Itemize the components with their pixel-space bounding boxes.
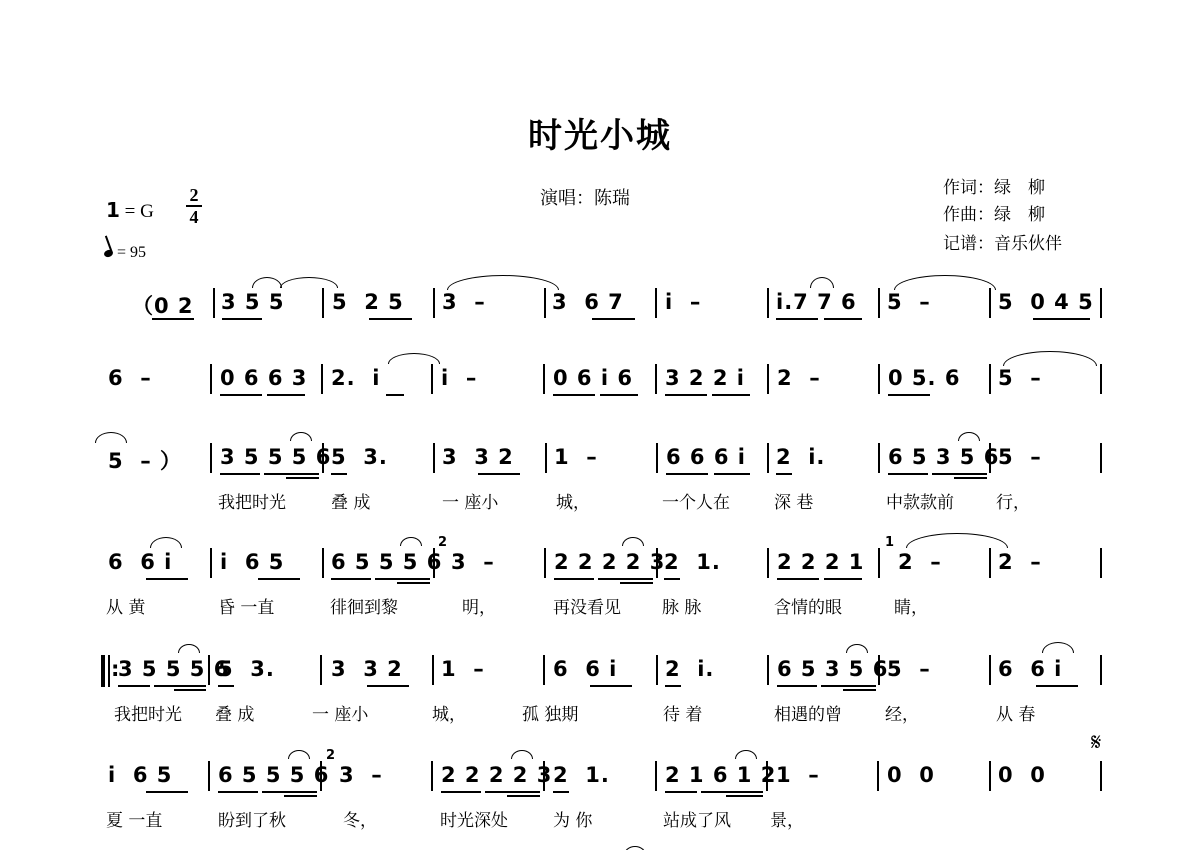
measure: 0 0 <box>998 763 1046 787</box>
measure: 5 2 5 <box>332 290 404 314</box>
time-signature-top: 2 <box>186 185 202 205</box>
measure: 2. i <box>331 366 380 390</box>
lyric: 睛， <box>894 593 928 618</box>
measure: 6 5 5 5 6 <box>331 550 442 574</box>
measure: 3 6 7 <box>552 290 624 314</box>
measure: i – <box>665 290 701 314</box>
volta-mark: 2 <box>326 748 335 763</box>
measure: 3 – <box>339 763 383 787</box>
measure: 2 1. <box>664 550 721 574</box>
measure: i 6 5 <box>220 550 284 574</box>
key-value: = G <box>125 201 154 222</box>
lyric: 夏 一直 <box>106 806 162 831</box>
transcriber-credit: 记谱：音乐伙伴 <box>943 229 1062 254</box>
measure: 5 3. <box>218 657 275 681</box>
time-signature-bottom: 4 <box>186 207 202 227</box>
lyric: 行， <box>996 488 1030 513</box>
repeat-start-barline <box>101 655 105 687</box>
measure: 3 5 5 <box>221 290 284 314</box>
lyricist-credit: 作词：绿 柳 <box>943 173 1045 198</box>
measure: 3 5 5 5 6 <box>220 445 331 469</box>
lyric: 景， <box>770 806 804 831</box>
measure: 6 6 i <box>553 657 617 681</box>
lyric: 时光深处 <box>440 806 508 831</box>
measure: 1 – <box>554 445 598 469</box>
measure: i 6 5 <box>108 763 172 787</box>
measure: 0 6 6 3 <box>220 366 307 390</box>
measure: 5 – <box>998 445 1042 469</box>
measure: 1 – <box>441 657 485 681</box>
measure: 5 3. <box>331 445 388 469</box>
measure: 0 0 <box>887 763 935 787</box>
key-signature: 1 = G <box>106 198 154 223</box>
measure: 5 – <box>887 657 931 681</box>
measure: 6 5 5 5 6 <box>218 763 329 787</box>
lyric: 我把时光 <box>114 700 182 725</box>
measure: 2 2 2 2 3 <box>554 550 665 574</box>
lyric: 徘徊到黎 <box>330 593 398 618</box>
measure: 5 – <box>998 366 1042 390</box>
measure: 2 i. <box>665 657 714 681</box>
measure: 2 – <box>998 550 1042 574</box>
lyric: 一个人在 <box>662 488 730 513</box>
key-degree: 1 <box>106 198 120 222</box>
measure: 2 2 2 1 <box>777 550 864 574</box>
lyric: 脉 脉 <box>662 593 701 618</box>
measure: 0 5. 6 <box>888 366 960 390</box>
measure: 2 i. <box>776 445 825 469</box>
measure: i – <box>441 366 477 390</box>
lyric: 一 座小 <box>442 488 498 513</box>
lyric: 冬， <box>343 806 377 831</box>
song-title: 时光小城 <box>0 108 1200 157</box>
lyric: 叠 成 <box>215 700 254 725</box>
measure: 3 3 2 <box>331 657 403 681</box>
tempo-value: = 95 <box>117 244 146 261</box>
lyric: 含情的眼 <box>774 593 842 618</box>
lyric: 叠 成 <box>331 488 370 513</box>
measure: 2 1. <box>553 763 610 787</box>
lyric: 城， <box>432 700 466 725</box>
lyric: 一 座小 <box>312 700 368 725</box>
measure: 6 – <box>108 366 152 390</box>
singer-credit: 演唱：陈瑞 <box>540 184 630 210</box>
lyric: 站成了风 <box>663 806 731 831</box>
measure: 6 6 i <box>998 657 1062 681</box>
lyric: 待 着 <box>663 700 702 725</box>
measure: 5 0 4 5 <box>998 290 1094 314</box>
lyric: 我把时光 <box>218 488 286 513</box>
measure: 3 – <box>451 550 495 574</box>
lyric: 相遇的曾 <box>774 700 842 725</box>
measure: i.7 7 6 <box>776 290 857 314</box>
segno-icon: 𝄋 <box>1091 728 1101 756</box>
tempo-marking: = 95 <box>104 244 146 262</box>
lyric: 为 你 <box>553 806 592 831</box>
measure: 2 – <box>898 550 942 574</box>
measure: 3 3 2 <box>442 445 514 469</box>
measure: 2 1 6 1 2 <box>665 763 776 787</box>
measure: 1 – <box>776 763 820 787</box>
measure: 6 5 3 5 6 <box>777 657 888 681</box>
measure: 6 5 3 5 6 <box>888 445 999 469</box>
volta-mark: 1 <box>885 535 894 550</box>
measure: 3 5 5 5 6 <box>118 657 229 681</box>
lyric: 明， <box>462 593 496 618</box>
measure: 6 6 6 i <box>666 445 746 469</box>
lyric: 经， <box>885 700 919 725</box>
lyric: 盼到了秋 <box>218 806 286 831</box>
lyric: 孤 独期 <box>522 700 578 725</box>
volta-mark: 2 <box>438 535 447 550</box>
time-signature: 2 4 <box>186 185 202 227</box>
quarter-note-icon <box>103 249 114 259</box>
measure: 3 2 2 i <box>665 366 745 390</box>
lyric: 昏 一直 <box>218 593 274 618</box>
measure: 2 2 2 2 3 <box>441 763 552 787</box>
measure: 5 – <box>887 290 931 314</box>
composer-credit: 作曲：绿 柳 <box>943 200 1045 225</box>
measure: （0 2 <box>132 290 194 320</box>
lyric: 城， <box>556 488 590 513</box>
measure: 0 6 i 6 <box>553 366 633 390</box>
lyric: 深 巷 <box>774 488 813 513</box>
lyric: 再没看见 <box>553 593 621 618</box>
slur-mark <box>624 846 646 850</box>
measure: 3 – <box>442 290 486 314</box>
lyric: 从 黄 <box>106 593 145 618</box>
measure: 2 – <box>777 366 821 390</box>
measure: 5 – ） <box>108 445 182 475</box>
lyric: 从 春 <box>996 700 1035 725</box>
measure: 6 6 i <box>108 550 172 574</box>
lyric: 中款款前 <box>886 488 954 513</box>
